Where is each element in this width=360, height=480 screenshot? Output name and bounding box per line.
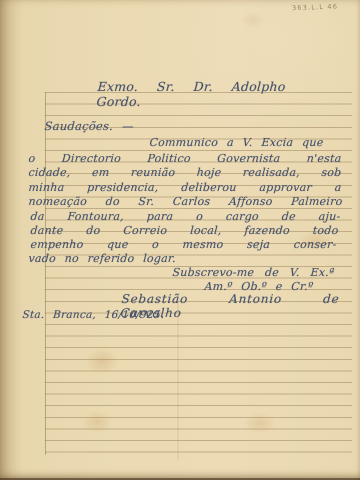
body-line: o Directorio Politico Governista n'esta bbox=[28, 152, 342, 165]
dateline: Sta. Branca, 16/10/925. bbox=[22, 309, 165, 321]
salutation-line: Exmo. Sr. Dr. Adolpho Gordo. bbox=[96, 79, 286, 109]
body-line: dante do Correio local, fazendo todo bbox=[30, 224, 339, 237]
opening-line: Saudações. — bbox=[44, 119, 134, 133]
body-line: cidade, em reunião hoje realisada, sob bbox=[28, 166, 342, 179]
closing-line: Subscrevo-me de V. Ex.ª bbox=[172, 266, 335, 279]
body-line: nomeação do Sr. Carlos Affonso Palmeiro bbox=[28, 195, 343, 208]
body-line: vado no referido logar. bbox=[28, 252, 176, 265]
body-line: empenho que o mesmo seja conser- bbox=[30, 238, 337, 251]
body-line: da Fontoura, para o cargo de aju- bbox=[30, 210, 341, 223]
body-line: minha presidencia, deliberou approvar a bbox=[28, 181, 342, 194]
body-line: Communico a V. Excia que bbox=[149, 136, 324, 149]
handwritten-text: Exmo. Sr. Dr. Adolpho Gordo. Saudações. … bbox=[0, 0, 360, 480]
letter-page: 363.L.L 46 Exmo. Sr. Dr. Adolpho Gordo. … bbox=[0, 0, 360, 480]
